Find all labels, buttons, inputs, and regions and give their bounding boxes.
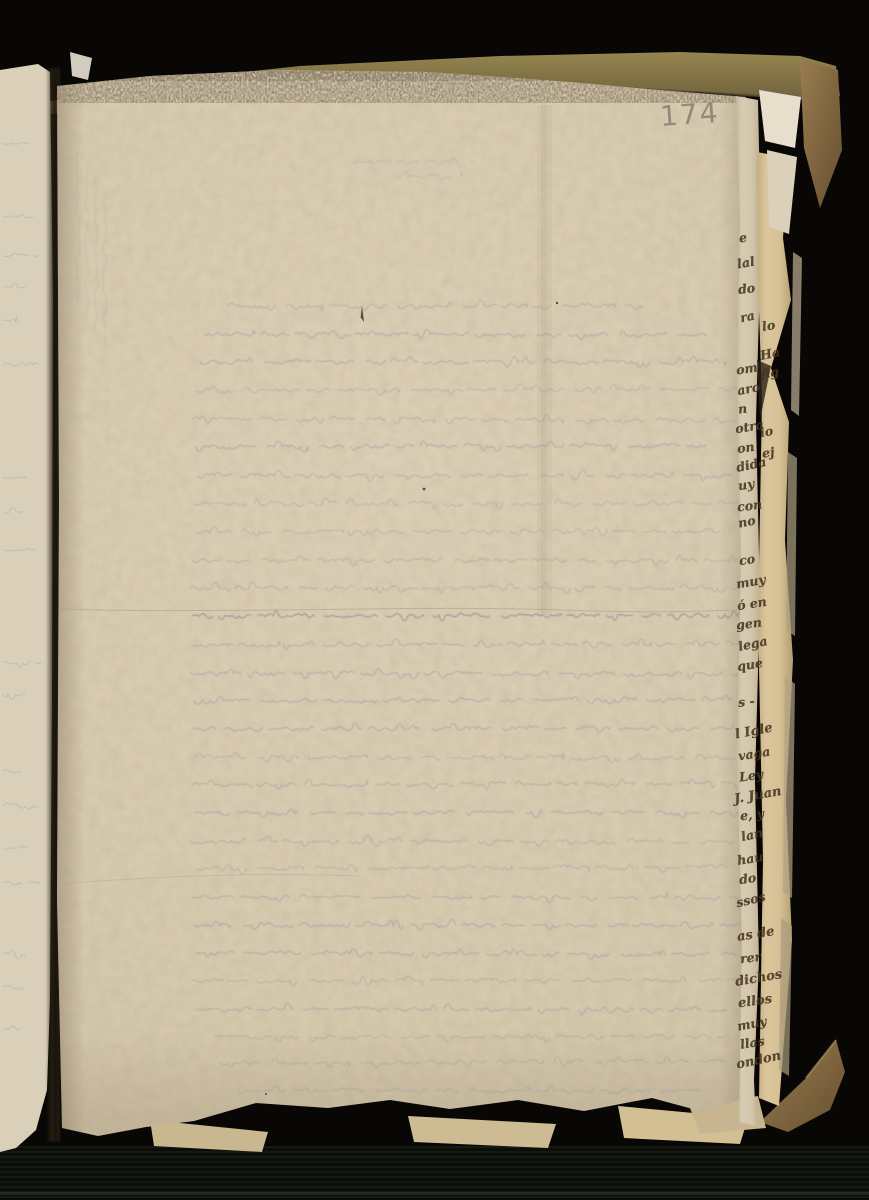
torn-fragment-b: lo bbox=[761, 317, 776, 334]
torn-fragment-a: co bbox=[738, 551, 756, 568]
torn-fragment-b: ej bbox=[761, 444, 776, 461]
torn-fragment-a: uy bbox=[737, 476, 756, 493]
folio-number: 174 bbox=[659, 96, 721, 133]
manuscript-photo: elaldoraomaronotraondidauyconnocomuyó en… bbox=[0, 0, 869, 1200]
torn-fragment-a: con bbox=[736, 497, 763, 515]
torn-fragment-a: lal bbox=[736, 254, 756, 272]
torn-fragment-a: e, y bbox=[739, 806, 765, 824]
torn-fragment-a: n bbox=[737, 401, 748, 417]
torn-fragment-a: on bbox=[736, 439, 755, 456]
torn-fragment-a: gen bbox=[735, 614, 762, 632]
torn-fragment-b: io bbox=[759, 423, 774, 440]
torn-fragment-a: do bbox=[737, 280, 756, 297]
torn-fragment-a: s - bbox=[737, 693, 755, 710]
torn-fragment-a: ra bbox=[739, 308, 756, 326]
torn-fragment-a: rer bbox=[739, 949, 762, 966]
torn-fragment-b: fig bbox=[760, 364, 780, 381]
torn-fragment-a: do bbox=[738, 870, 757, 887]
